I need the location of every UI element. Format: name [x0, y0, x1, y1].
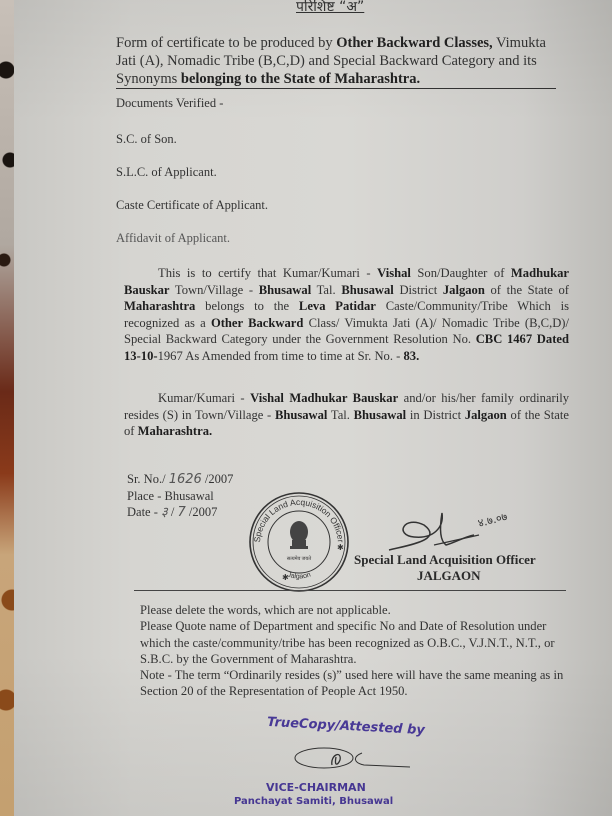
document-item: Caste Certificate of Applicant.: [116, 198, 268, 213]
hindi-heading: परिशिष्ट “अ”: [296, 0, 364, 16]
officer-title: Special Land Acquisition Officer: [354, 552, 536, 568]
documents-verified-heading: Documents Verified -: [116, 96, 223, 111]
svg-text:✱: ✱: [337, 543, 344, 552]
attestation-office: Panchayat Samiti, Bhusawal: [234, 796, 393, 807]
document-item: Affidavit of Applicant.: [116, 231, 230, 246]
attestation-designation: VICE-CHAIRMAN: [266, 781, 366, 794]
attestation-stamp-heading: TrueCopy/Attested by: [267, 715, 425, 738]
handwritten-serial: 1626: [169, 472, 202, 487]
attestation-signature: [292, 745, 412, 775]
note-item: Note - The term “Ordinarily resides (s)”…: [140, 667, 570, 700]
officer-location: JALGAON: [417, 568, 481, 584]
date-line: Date - ३ / 7 /2007: [127, 505, 217, 520]
svg-text:✱: ✱: [282, 573, 289, 582]
footnotes: Please delete the words, which are not a…: [140, 602, 570, 700]
emblem-icon: [290, 521, 308, 549]
note-item: Please delete the words, which are not a…: [140, 602, 570, 618]
certificate-page: परिशिष्ट “अ” Form of certificate to be p…: [14, 0, 612, 816]
section-divider: [134, 590, 566, 591]
serial-number: Sr. No./ 1626 /2007: [127, 472, 233, 487]
note-item: Please Quote name of Department and spec…: [140, 618, 570, 667]
svg-text:४.७.०७: ४.७.०७: [477, 510, 509, 530]
residence-paragraph: Kumar/Kumari - Vishal Madhukar Bauskar a…: [124, 390, 569, 440]
certify-paragraph: This is to certify that Kumar/Kumari - V…: [124, 265, 569, 364]
certificate-title: Form of certificate to be produced by Ot…: [116, 34, 556, 88]
document-item: S.C. of Son.: [116, 132, 177, 147]
title-underline: [116, 88, 556, 89]
place-line: Place - Bhusawal: [127, 489, 214, 504]
officer-signature: ४.७.०७: [384, 505, 534, 555]
document-item: S.L.C. of Applicant.: [116, 165, 217, 180]
official-seal: Special Land Acquisition Officer Jalgaon…: [246, 488, 352, 592]
svg-text:सत्यमेव जयते: सत्यमेव जयते: [287, 555, 311, 562]
